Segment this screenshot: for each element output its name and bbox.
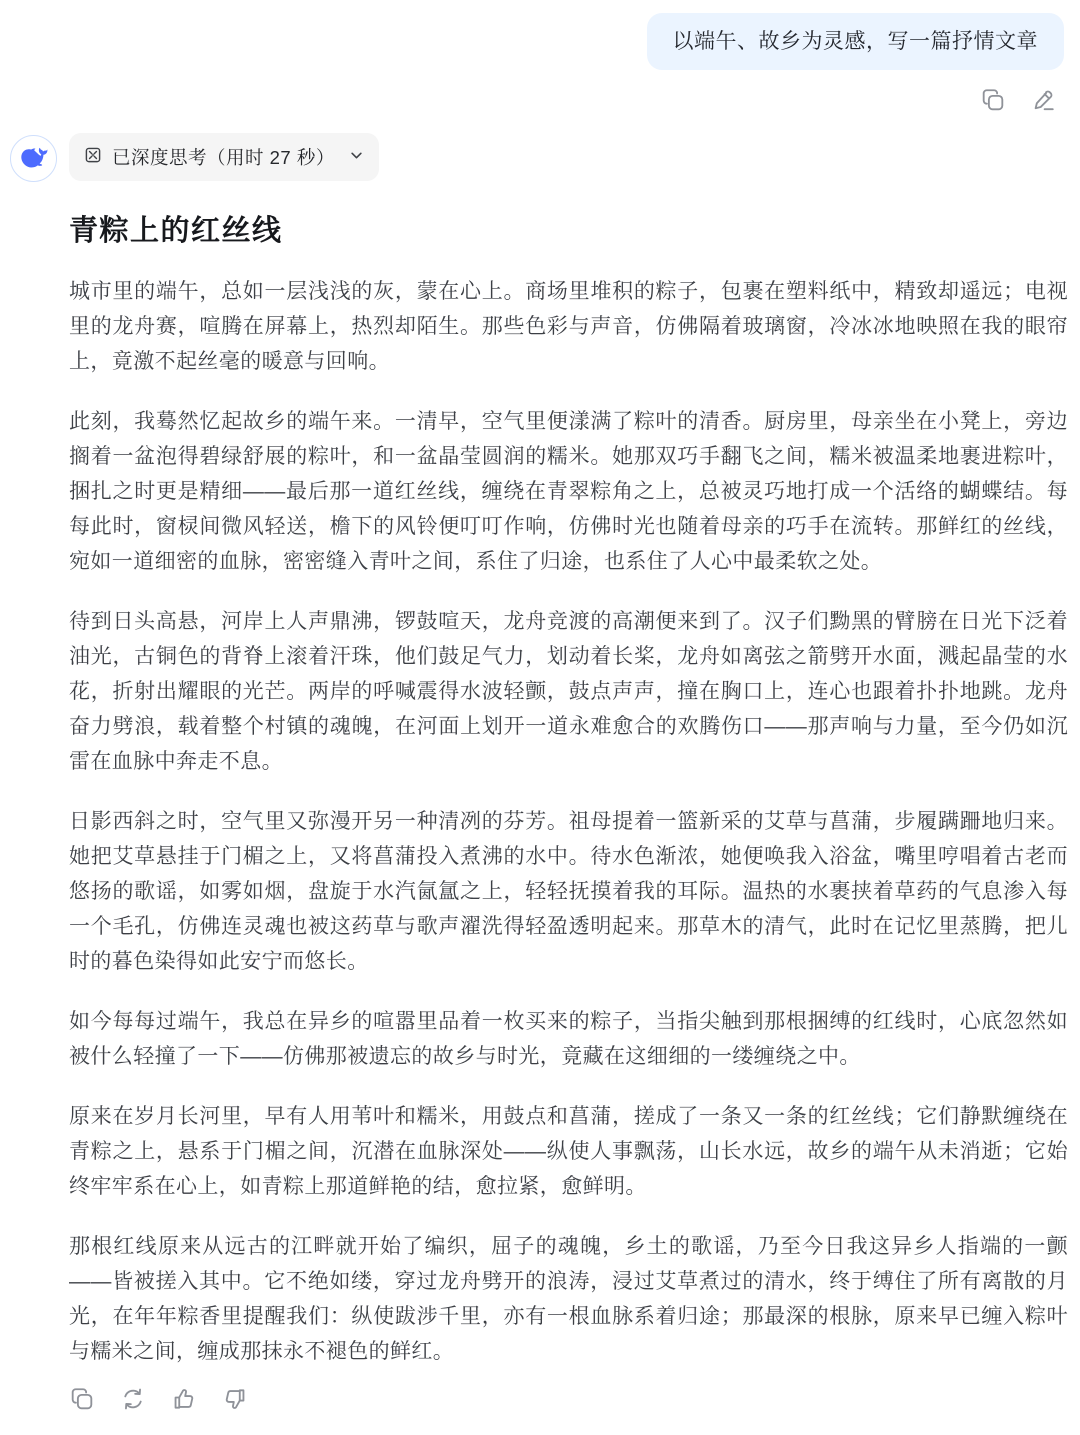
edit-message-button[interactable] (1030, 87, 1056, 113)
edit-icon (1030, 87, 1056, 113)
article-paragraph-7: 那根红线原来从远古的江畔就开始了编织，屈子的魂魄，乡土的歌谣，乃至今日我这异乡人… (69, 1229, 1068, 1369)
article-title: 青粽上的红丝线 (69, 208, 1068, 249)
whale-logo-icon (18, 145, 49, 173)
article-paragraph-3: 待到日头高悬，河岸上人声鼎沸，锣鼓喧天，龙舟竞渡的高潮便来到了。汉子们黝黑的臂膀… (69, 604, 1068, 779)
user-message-bubble: 以端午、故乡为灵感，写一篇抒情文章 (647, 13, 1065, 70)
assistant-message-row: 已深度思考（用时 27 秒） 青粽上的红丝线 城市里的端午，总如一层浅浅的灰，蒙… (0, 113, 1080, 1420)
copy-icon (69, 1386, 95, 1412)
thumbs-up-button[interactable] (171, 1386, 197, 1412)
user-message-actions (0, 70, 1080, 113)
article-paragraph-5: 如今每每过端午，我总在异乡的喧嚣里品着一枚买来的粽子，当指尖触到那根捆缚的红线时… (69, 1004, 1068, 1074)
response-actions (69, 1386, 1068, 1420)
copy-message-button[interactable] (980, 87, 1006, 113)
deep-think-toggle[interactable]: 已深度思考（用时 27 秒） (69, 133, 379, 181)
user-message-text: 以端午、故乡为灵感，写一篇抒情文章 (673, 30, 1039, 53)
user-message-row: 以端午、故乡为灵感，写一篇抒情文章 (0, 0, 1080, 70)
assistant-avatar (10, 135, 57, 182)
thumbs-down-button[interactable] (222, 1386, 248, 1412)
thumbs-up-icon (171, 1386, 197, 1412)
thumbs-down-icon (222, 1386, 248, 1412)
article-paragraph-4: 日影西斜之时，空气里又弥漫开另一种清冽的芬芳。祖母提着一篮新采的艾草与菖蒲，步履… (69, 804, 1068, 979)
regenerate-button[interactable] (120, 1386, 146, 1412)
assistant-content: 已深度思考（用时 27 秒） 青粽上的红丝线 城市里的端午，总如一层浅浅的灰，蒙… (57, 133, 1070, 1420)
regenerate-icon (120, 1386, 146, 1412)
deepthink-icon (84, 146, 102, 169)
copy-response-button[interactable] (69, 1386, 95, 1412)
article-paragraph-6: 原来在岁月长河里，早有人用苇叶和糯米，用鼓点和菖蒲，搓成了一条又一条的红丝线；它… (69, 1099, 1068, 1204)
article-paragraph-2: 此刻，我蓦然忆起故乡的端午来。一清早，空气里便漾满了粽叶的清香。厨房里，母亲坐在… (69, 404, 1068, 579)
chevron-down-icon (349, 146, 364, 168)
copy-icon (980, 87, 1006, 113)
chat-page: 以端午、故乡为灵感，写一篇抒情文章 (0, 0, 1080, 1435)
deep-think-label: 已深度思考（用时 27 秒） (112, 144, 335, 170)
article-paragraph-1: 城市里的端午，总如一层浅浅的灰，蒙在心上。商场里堆积的粽子，包裹在塑料纸中，精致… (69, 274, 1068, 379)
